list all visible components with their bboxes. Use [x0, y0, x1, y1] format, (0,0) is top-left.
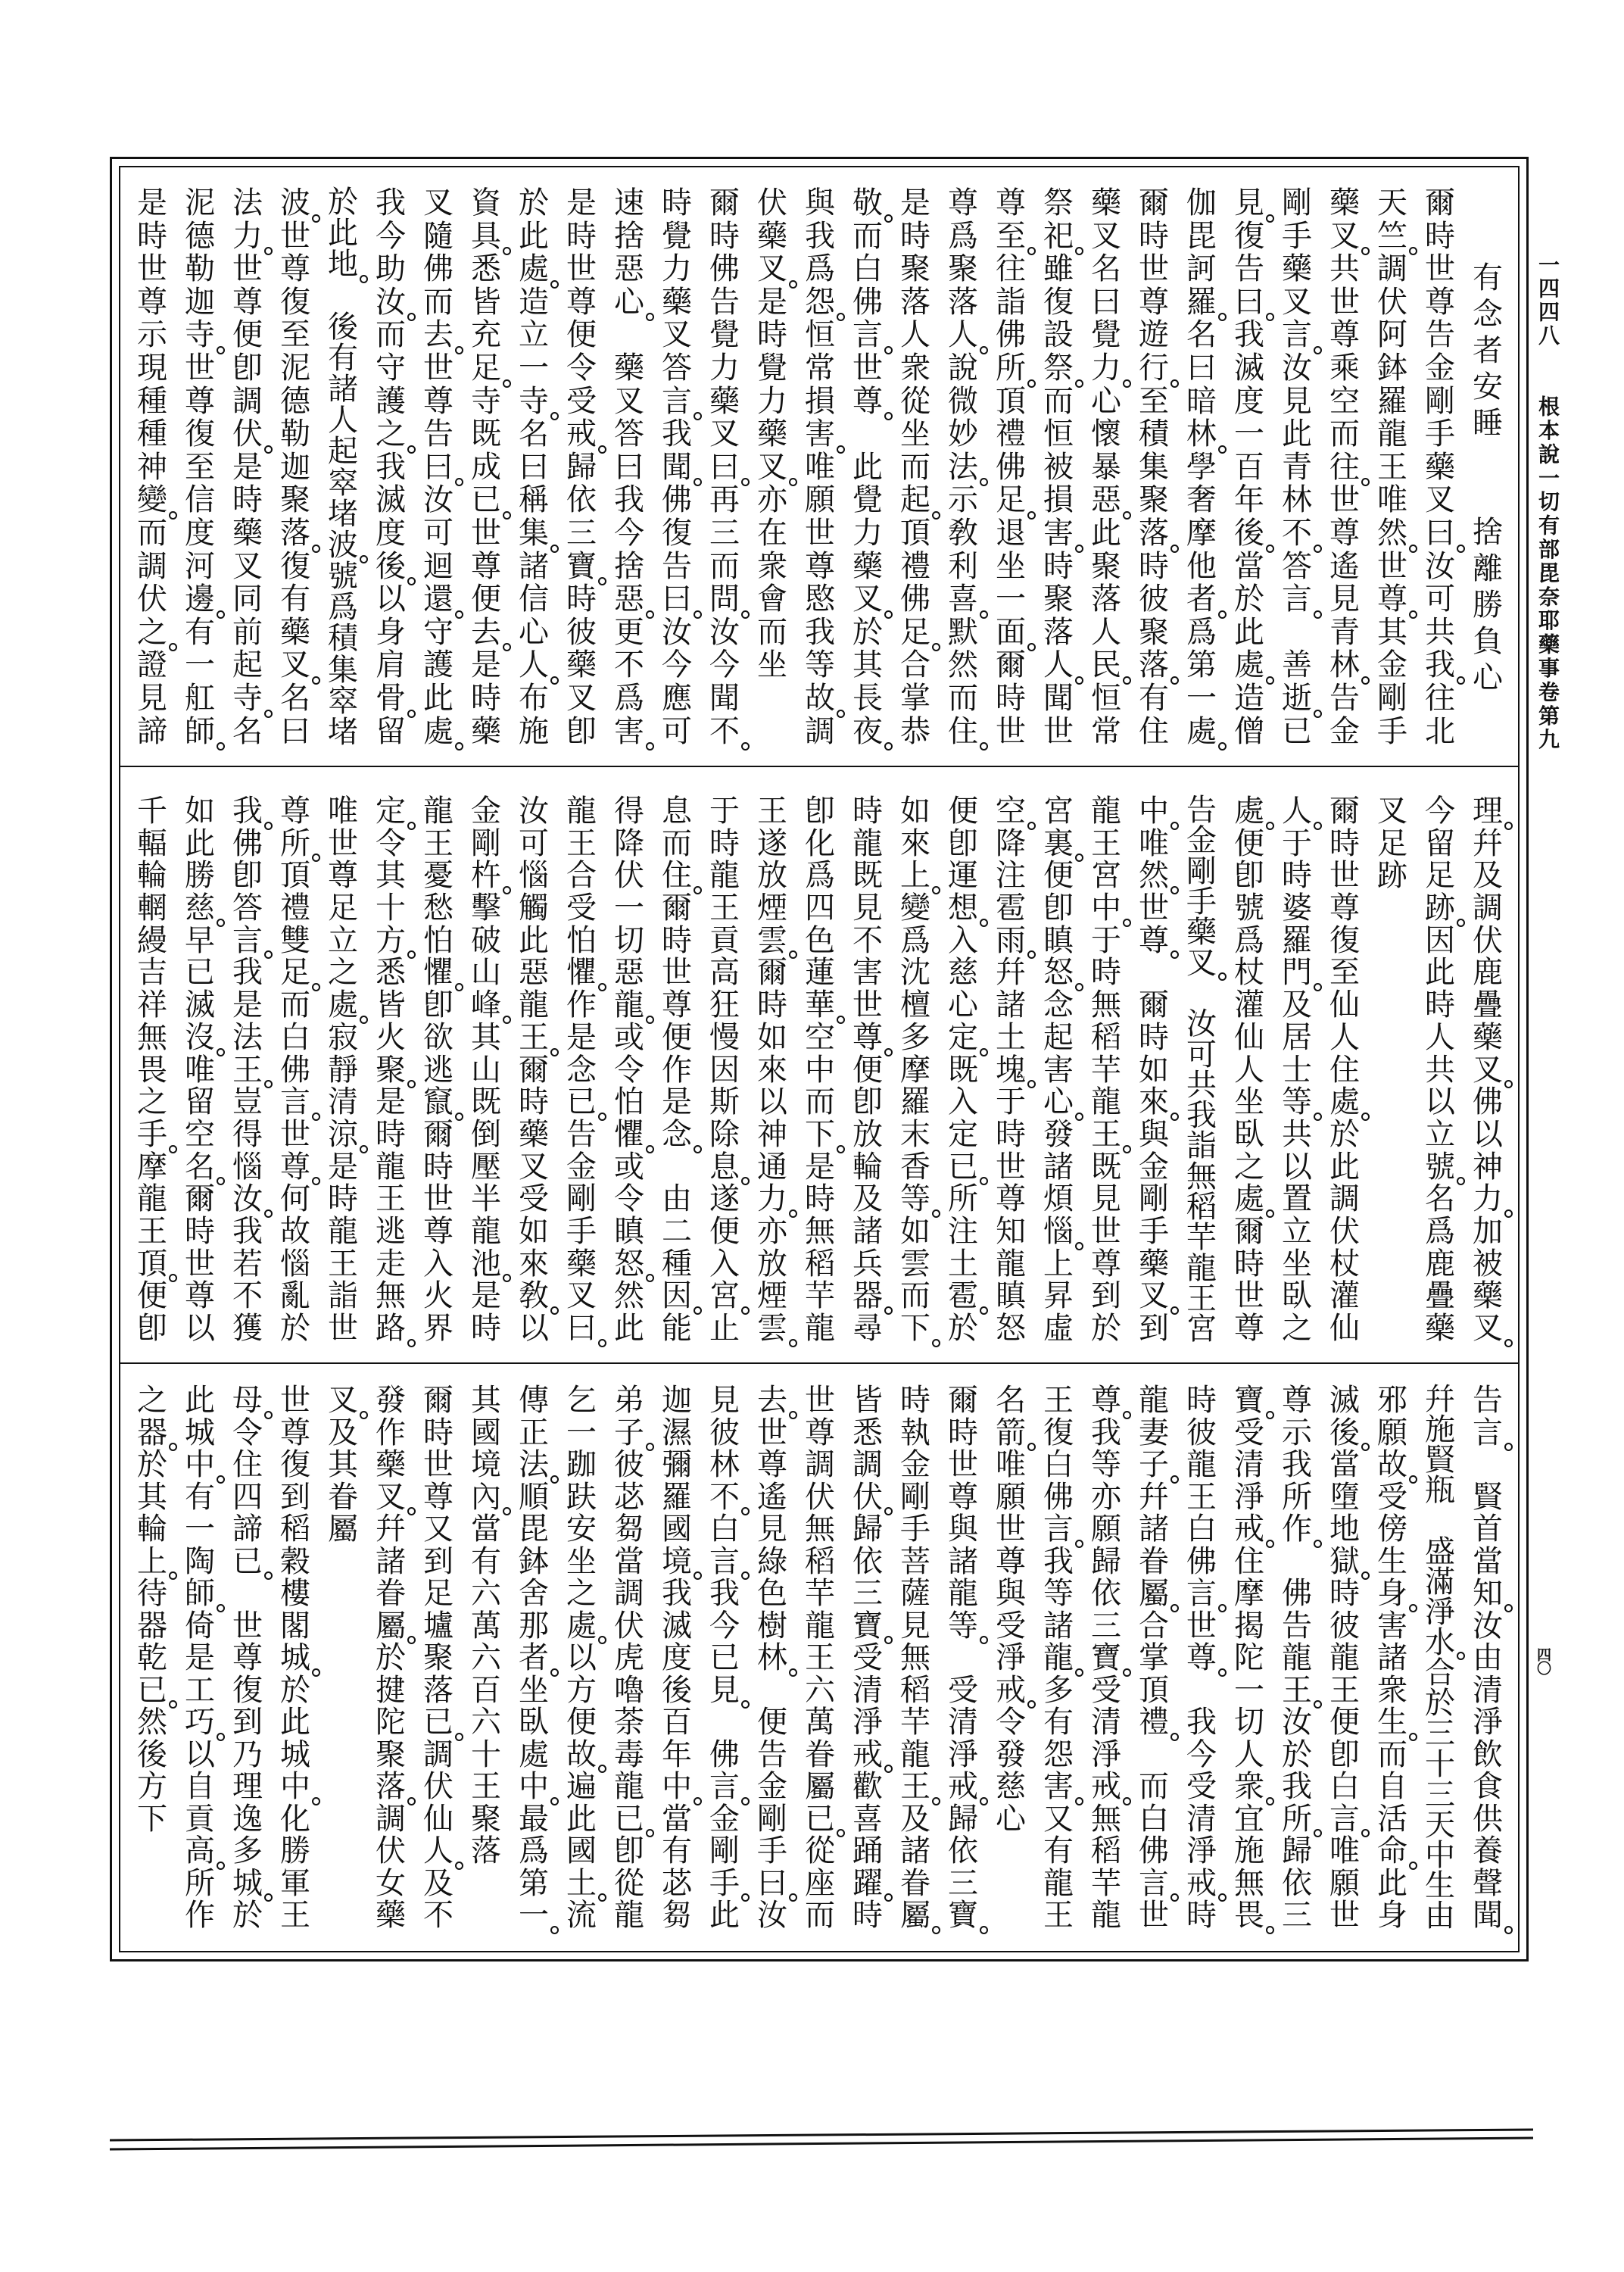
character: 觸 [517, 892, 550, 925]
character: 憂 [422, 860, 455, 892]
character: 唯 [1137, 828, 1170, 860]
character: 王 [1089, 828, 1123, 860]
register-top: 有念者安睡 捨離勝負心 爾時世尊告金剛手藥叉曰。汝可共我。往北天竺。調伏阿鉢羅龍… [129, 187, 1512, 748]
character: 答 [1280, 551, 1314, 584]
character: 當 [613, 1546, 646, 1578]
character: 屬。 [899, 1899, 932, 1932]
character: 疊 [1471, 989, 1504, 1022]
character: 尊 [231, 1642, 264, 1674]
character: 千 [136, 795, 169, 828]
text-column: 卽化爲四色蓮華。空中而下。是時無稻芉龍 [796, 795, 844, 1345]
character: 運 [946, 860, 980, 892]
character: 手 [1423, 418, 1457, 451]
character: 切 [1233, 1706, 1266, 1739]
character: 火 [422, 1280, 455, 1312]
character: 心 [946, 989, 980, 1022]
character: 世 [756, 1417, 789, 1450]
character: 便 [708, 1216, 741, 1248]
character: 合 [565, 860, 598, 892]
punctuation-mark: 。 [1170, 822, 1179, 830]
character: 世 [1137, 253, 1170, 286]
punctuation-mark: 。 [217, 1048, 225, 1056]
character: 受 [1233, 1417, 1266, 1450]
character: 於 [1280, 1739, 1314, 1771]
character: 聚 [1089, 551, 1123, 584]
character: 一。 [517, 1899, 550, 1932]
character: 降 [613, 828, 646, 860]
punctuation-mark: 。 [1075, 1540, 1083, 1548]
character: 作 [183, 1899, 217, 1932]
text-column: 寶。受清淨戒。住摩揭陀一切人衆。宜施無畏。 [1226, 1384, 1273, 1932]
punctuation-mark: 。 [932, 1797, 940, 1805]
character: 今 [708, 1610, 741, 1643]
character: 諸 [946, 1546, 980, 1578]
character: 懼。 [422, 957, 455, 989]
character: 世 [326, 1312, 360, 1345]
character: 我 [374, 187, 407, 220]
character: 言。 [1280, 583, 1314, 616]
character: 龍 [517, 989, 550, 1022]
punctuation-mark: 。 [407, 710, 416, 718]
character: 跡 [1376, 860, 1409, 892]
character: 頂 [994, 385, 1027, 419]
character: 尊 [994, 187, 1027, 220]
character: 伏 [1471, 925, 1504, 957]
character: 前 [231, 616, 264, 650]
punctuation-mark: 。 [550, 1306, 559, 1315]
character: 城。 [279, 1642, 312, 1674]
text-column: 伏藥叉。是時覺力藥叉。亦在衆會而坐 [749, 187, 796, 682]
text-column: 傳正法。順毘鉢舍那者。坐臥處中。最爲第一。 [510, 1384, 558, 1932]
character: 佛 [422, 253, 455, 286]
character: 僧 [1233, 716, 1266, 749]
punctuation-mark: 。 [837, 445, 845, 454]
punctuation-mark: 。 [217, 1862, 225, 1870]
character: 止 [708, 1312, 741, 1345]
character: 來 [899, 828, 932, 860]
character: 尊 [136, 286, 169, 320]
character: 我。 [231, 795, 264, 828]
character: 舍 [517, 1578, 550, 1610]
character: 汝。 [374, 286, 407, 320]
character: 淨 [1423, 1597, 1457, 1628]
character: 龍 [946, 1578, 980, 1610]
character: 灌 [1233, 989, 1266, 1022]
punctuation-mark: 。 [884, 1765, 893, 1773]
character: 首 [1471, 1513, 1504, 1546]
punctuation-mark: 。 [1218, 1893, 1227, 1902]
character: 輪 [136, 1513, 169, 1546]
character: 王 [1185, 1481, 1218, 1514]
character: 中 [803, 1054, 837, 1087]
character: 爾 [660, 892, 694, 925]
character: 是 [183, 1642, 217, 1674]
character: 手 [565, 1216, 598, 1248]
punctuation-mark: 。 [1266, 1797, 1274, 1805]
character: 掌 [1137, 1642, 1170, 1674]
character: 歸 [946, 1803, 980, 1836]
character: 尊 [1233, 1312, 1266, 1345]
character: 令 [565, 352, 598, 385]
character: 三 [1089, 1610, 1123, 1643]
character: 戒。 [1233, 1513, 1266, 1546]
character: 北 [1423, 716, 1457, 749]
character: 今 [613, 517, 646, 551]
character: 菩 [899, 1546, 932, 1578]
character: 叉。 [1137, 1280, 1170, 1312]
character: 時 [469, 1312, 503, 1345]
character: 見。 [1233, 187, 1266, 220]
punctuation-mark: 。 [360, 555, 368, 563]
character: 已。 [946, 1151, 980, 1184]
character: 詣 [994, 286, 1027, 320]
character: 鹿 [1471, 957, 1504, 989]
character: 入 [946, 925, 980, 957]
character: 曰 [613, 451, 646, 485]
character: 詣 [326, 1280, 360, 1312]
character: 合 [1423, 1658, 1457, 1688]
punctuation-mark: 。 [789, 1411, 797, 1419]
character: 唯 [183, 1054, 217, 1087]
character: 依 [1089, 1578, 1123, 1610]
character: 惱 [279, 1248, 312, 1281]
punctuation-mark: 。 [741, 1797, 750, 1805]
character: 四 [803, 892, 837, 925]
character: 見 [1089, 1183, 1123, 1216]
character: 惡 [613, 253, 646, 286]
character: 害。 [803, 418, 837, 451]
blank-cell [1185, 978, 1218, 1009]
character: 藥 [708, 385, 741, 419]
character: 令 [231, 1417, 264, 1450]
character: 心 [994, 1803, 1027, 1836]
character: 盛 [1423, 1537, 1457, 1567]
character: 定 [946, 1119, 980, 1151]
character: 示 [136, 319, 169, 352]
character: 願 [1328, 1868, 1361, 1900]
character: 去。 [469, 616, 503, 650]
character: 亂 [279, 1280, 312, 1312]
character: 復 [1042, 1417, 1075, 1450]
character: 名 [279, 682, 312, 716]
character: 四 [231, 1481, 264, 1514]
character: 時 [1089, 957, 1123, 989]
character: 告 [565, 1119, 598, 1151]
character: 伏 [136, 583, 169, 616]
character: 中。 [279, 1771, 312, 1803]
character: 我 [231, 957, 264, 989]
character: 仙 [1328, 1312, 1361, 1345]
character: 息 [660, 795, 694, 828]
punctuation-mark: 。 [217, 1733, 225, 1741]
character: 於 [231, 1899, 264, 1932]
character: 城 [183, 1417, 217, 1450]
character: 剛 [565, 1183, 598, 1216]
character: 貢 [708, 925, 741, 957]
character: 豈 [231, 1086, 264, 1119]
text-column: 尊。我等亦願歸依三寶。受清淨戒。無稻芉龍 [1083, 1384, 1130, 1932]
character: 今 [374, 220, 407, 254]
text-column: 叉。及其眷屬 [320, 1384, 367, 1546]
text-column: 爾時世尊遊行。至積集聚落。時彼聚落。有住 [1130, 187, 1178, 748]
character: 發 [1042, 1119, 1075, 1151]
character: 早 [183, 925, 217, 957]
punctuation-mark: 。 [789, 1339, 797, 1347]
text-column: 時龍既見不害世尊。便卽放輪及諸兵器。尋 [844, 795, 892, 1345]
character: 有 [183, 616, 217, 650]
punctuation-mark: 。 [1123, 1411, 1131, 1419]
character: 有 [1042, 1706, 1075, 1739]
character: 時 [851, 795, 884, 828]
character: 我 [660, 418, 694, 451]
character: 土。 [565, 1868, 598, 1900]
character: 此 [1233, 616, 1266, 650]
character: 叉 [1089, 220, 1123, 254]
character: 王 [708, 892, 741, 925]
character: 屬 [326, 1513, 360, 1546]
character: 羅 [1280, 925, 1314, 957]
character: 器 [136, 1610, 169, 1643]
character: 今 [1185, 1739, 1218, 1771]
character: 手 [1185, 887, 1218, 917]
character: 王 [1042, 1899, 1075, 1932]
character: 世 [946, 1449, 980, 1481]
character: 尊 [994, 1183, 1027, 1216]
character: 曰 [1185, 352, 1218, 385]
text-column: 法力。世尊便卽調伏。是時藥叉同前起寺。名 [224, 187, 272, 748]
character: 答 [231, 892, 264, 925]
character: 荼 [613, 1706, 646, 1739]
character: 如 [756, 1022, 789, 1054]
character: 勒 [183, 253, 217, 286]
character: 人 [1328, 1022, 1361, 1054]
character: 足。 [279, 957, 312, 989]
character: 施 [517, 716, 550, 749]
character: 王 [803, 1642, 837, 1674]
text-column: 藥叉名曰覺力。心懷暴惡。此聚落人民。恒常 [1083, 187, 1130, 748]
character: 言。 [1185, 1578, 1218, 1610]
character: 卽 [803, 795, 837, 828]
character: 遊 [1137, 319, 1170, 352]
character: 最 [517, 1803, 550, 1836]
character: 恒 [1089, 682, 1123, 716]
character: 沒。 [183, 1022, 217, 1054]
character: 世 [1376, 551, 1409, 584]
character: 時 [326, 1183, 360, 1216]
character: 立 [326, 925, 360, 957]
character: 叉 [660, 319, 694, 352]
punctuation-mark: 。 [1170, 1475, 1179, 1484]
character: 等 [803, 649, 837, 682]
character: 天 [1376, 187, 1409, 220]
character: 滅 [1233, 352, 1266, 385]
character: 諸 [374, 1546, 407, 1578]
character: 多 [899, 1022, 932, 1054]
character: 調 [851, 1449, 884, 1481]
character: 皆 [374, 989, 407, 1022]
text-column: 中。唯然。世尊。 爾時如來。與金剛手藥叉。到 [1130, 795, 1178, 1345]
character: 無 [1089, 1803, 1123, 1836]
character: 爾 [517, 1054, 550, 1087]
character: 當 [660, 1803, 694, 1836]
punctuation-mark: 。 [884, 1048, 893, 1056]
punctuation-mark: 。 [694, 1571, 702, 1580]
text-column: 空。降注雹雨。幷諸土塊。于時世尊知龍瞋怒 [987, 795, 1035, 1345]
punctuation-mark: 。 [550, 1475, 559, 1484]
character: 暴 [1089, 451, 1123, 485]
character: 色 [803, 925, 837, 957]
character: 夜。 [851, 716, 884, 749]
character: 之 [1233, 1151, 1266, 1184]
character: 世 [1185, 1610, 1218, 1643]
character: 時 [660, 925, 694, 957]
character: 尊 [1137, 286, 1170, 320]
character: 安 [565, 1513, 598, 1546]
character: 瓶 [1423, 1475, 1457, 1506]
register-divider-middle-bottom [119, 1362, 1520, 1364]
character: 此 [613, 1312, 646, 1345]
character: 龍 [899, 1739, 932, 1771]
text-column: 爾時世尊與諸龍等。 受清淨戒。歸依三寶。 [940, 1384, 987, 1932]
character: 芉 [803, 1578, 837, 1610]
punctuation-mark: 。 [598, 1765, 606, 1773]
punctuation-mark: 。 [694, 610, 702, 619]
character: 于 [1280, 828, 1314, 860]
character: 叉 [1376, 795, 1409, 828]
character: 懷 [1089, 418, 1123, 451]
character: 足。 [899, 616, 932, 650]
character: 林。 [1185, 418, 1218, 451]
character: 受 [851, 1642, 884, 1674]
character: 心 [1471, 660, 1504, 696]
text-column: 皆悉調伏。歸依三寶。受清淨戒。歡喜踊躍。時 [844, 1384, 892, 1932]
character: 慈。 [183, 892, 217, 925]
character: 所 [946, 1183, 980, 1216]
character: 見 [851, 892, 884, 925]
character: 敎。 [517, 1280, 550, 1312]
text-column: 其國境內。當有六萬六百六十王聚落 [463, 1384, 510, 1868]
character: 復 [1328, 925, 1361, 957]
character: 在 [756, 517, 789, 551]
character: 尊 [1328, 892, 1361, 925]
character: 境 [469, 1449, 503, 1481]
blank-cell [660, 1151, 694, 1184]
character: 曰。 [708, 451, 741, 485]
character: 諦 [136, 716, 169, 749]
text-column: 敬。而白佛言。世尊。 此覺力藥叉。於其長夜。 [844, 187, 892, 748]
text-column: 世尊調伏無稻芉龍王六萬眷屬已。從座而 [796, 1384, 844, 1932]
character: 方 [565, 1674, 598, 1707]
character: 便 [136, 1280, 169, 1312]
character: 諸 [1042, 1151, 1075, 1184]
punctuation-mark: 。 [1075, 1797, 1083, 1805]
character: 頂 [279, 860, 312, 892]
character: 我 [613, 484, 646, 517]
punctuation-mark: 。 [1075, 1113, 1083, 1121]
text-column: 世尊復到稻穀樓閣城。於此城中。化勝軍王 [272, 1384, 320, 1932]
character: 王。 [1280, 1674, 1314, 1707]
punctuation-mark: 。 [217, 1604, 225, 1612]
character: 身 [1376, 1899, 1409, 1932]
character: 土 [946, 1248, 980, 1281]
character: 時 [756, 319, 789, 352]
character: 汝 [1280, 1706, 1314, 1739]
character: 然 [613, 1280, 646, 1312]
character: 白 [1328, 1771, 1361, 1803]
character: 或 [613, 1022, 646, 1054]
character: 手 [1137, 1216, 1170, 1248]
character: 世 [1233, 1280, 1266, 1312]
punctuation-mark: 。 [1409, 545, 1417, 553]
character: 息。 [708, 1151, 741, 1184]
character: 雨。 [994, 925, 1027, 957]
punctuation-mark: 。 [550, 545, 559, 553]
character: 還。 [422, 583, 455, 616]
character: 林 [708, 1449, 741, 1481]
punctuation-mark: 。 [1123, 379, 1131, 388]
text-column: 龍王合受怕懼。作是念已。告金剛手藥叉曰。 [558, 795, 606, 1345]
character: 于 [994, 1086, 1027, 1119]
character: 芻 [613, 1513, 646, 1546]
character: 伏 [803, 1481, 837, 1514]
character: 便 [565, 319, 598, 352]
character: 而 [1328, 418, 1361, 451]
punctuation-mark: 。 [1075, 1668, 1083, 1677]
character: 坐 [517, 1674, 550, 1707]
character: 慈 [946, 957, 980, 989]
character: 閣 [279, 1610, 312, 1643]
character: 上。 [899, 860, 932, 892]
punctuation-mark: 。 [360, 1145, 368, 1153]
character: 手 [1280, 220, 1314, 254]
character: 世 [1328, 860, 1361, 892]
character: 佛 [1042, 1481, 1075, 1514]
character: 眷 [374, 1578, 407, 1610]
character: 怕 [422, 925, 455, 957]
character: 世 [422, 1183, 455, 1216]
blank-cell [1471, 442, 1504, 478]
character: 弟 [613, 1384, 646, 1417]
character: 惱 [517, 860, 550, 892]
character: 及 [851, 1183, 884, 1216]
character: 而 [803, 1086, 837, 1119]
punctuation-mark: 。 [1170, 676, 1179, 685]
character: 賢 [1423, 1445, 1457, 1475]
character: 後 [136, 1739, 169, 1771]
character: 號。 [1423, 1151, 1457, 1184]
character: 尊 [279, 253, 312, 286]
character: 言。 [708, 1771, 741, 1803]
character: 時 [517, 1086, 550, 1119]
character: 負 [1471, 623, 1504, 660]
character: 共 [1185, 1070, 1218, 1100]
character: 國 [469, 1417, 503, 1450]
punctuation-mark: 。 [1457, 545, 1465, 553]
character: 及 [326, 1417, 360, 1450]
character: 彼 [1137, 583, 1170, 616]
character: 爾 [422, 1384, 455, 1417]
character: 叉 [422, 187, 455, 220]
punctuation-mark: 。 [741, 1893, 750, 1902]
character: 禮 [279, 892, 312, 925]
character: 滅 [183, 989, 217, 1022]
character: 獲 [231, 1312, 264, 1345]
character: 淨 [1185, 1835, 1218, 1868]
character: 摩 [1233, 1578, 1266, 1610]
character: 應 [660, 682, 694, 716]
character: 入 [946, 1086, 980, 1119]
bottom-rule-line [110, 2130, 1533, 2140]
